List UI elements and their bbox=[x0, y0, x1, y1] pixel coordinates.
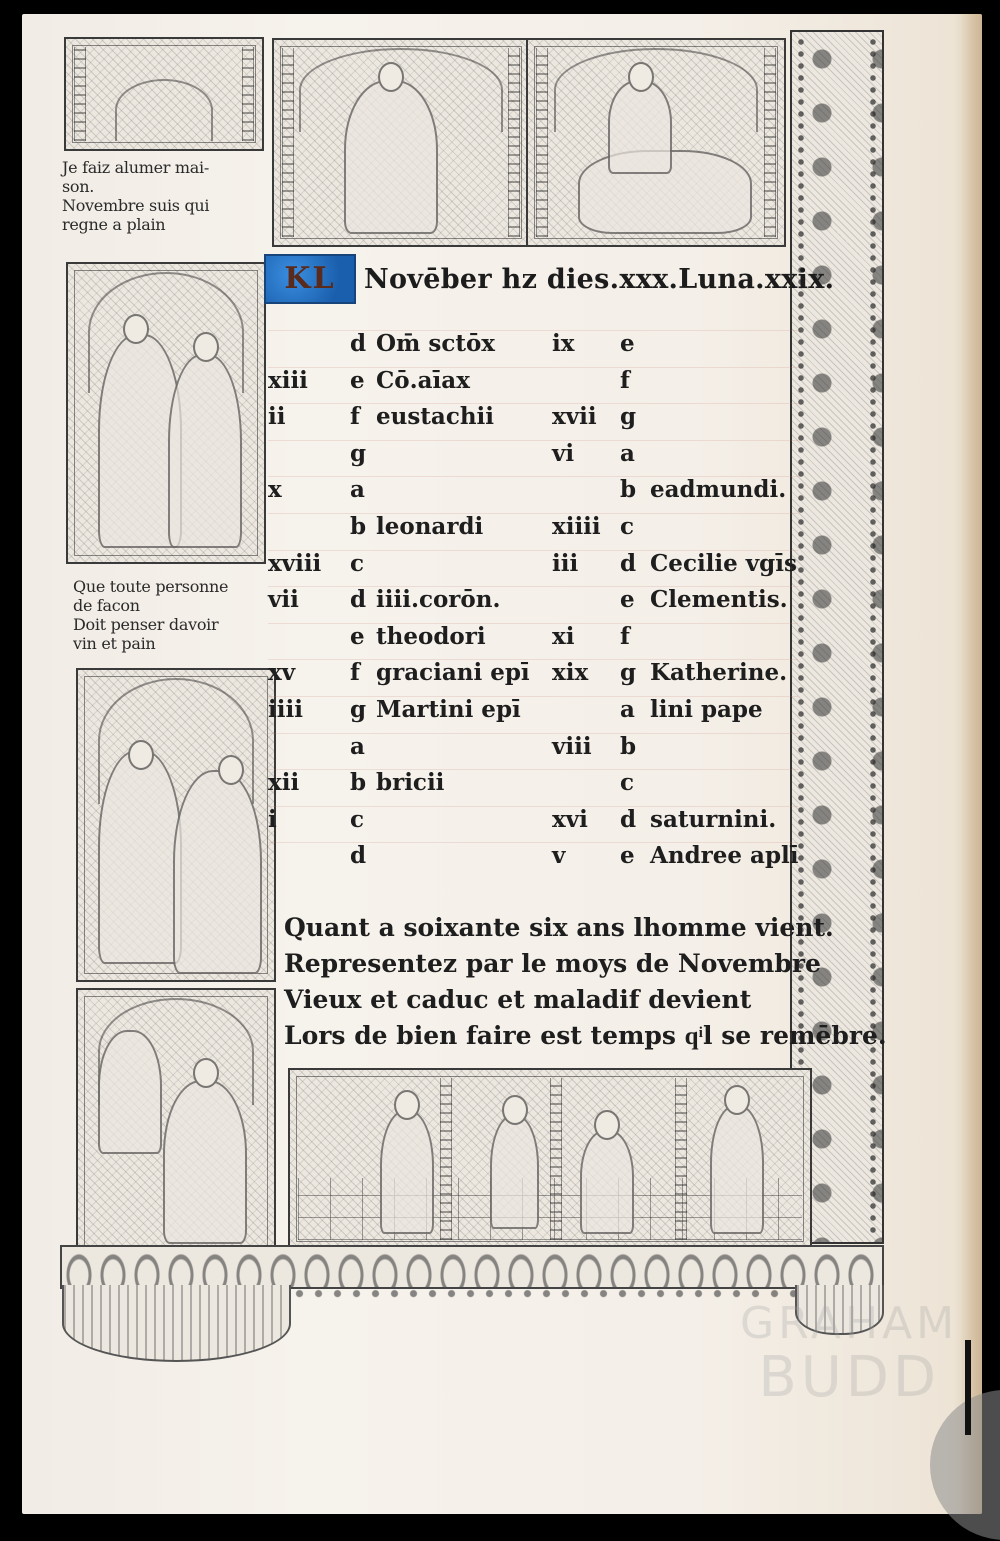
feast-name: Cō.aīax bbox=[376, 367, 470, 394]
crowd-woodcut bbox=[66, 262, 266, 564]
sagittarius-woodcut bbox=[526, 38, 786, 247]
calendar-row: x a b eadmundi. bbox=[268, 476, 798, 513]
golden-number: xiiii bbox=[552, 513, 601, 540]
caption-line: Doit penser davoir bbox=[73, 615, 283, 634]
golden-number: xii bbox=[268, 769, 299, 796]
dominical-letter: a bbox=[350, 476, 365, 503]
calendar-row: xviii c iii d Cecilie vgīs bbox=[268, 550, 798, 587]
golden-number: iii bbox=[552, 550, 578, 577]
kl-initial: KL bbox=[264, 254, 356, 304]
feast-name: Katherine. bbox=[650, 659, 787, 686]
dominical-letter: f bbox=[350, 403, 360, 430]
dominical-letter: g bbox=[350, 696, 366, 723]
dominical-letter: b bbox=[350, 769, 366, 796]
calendar-row: a viii b bbox=[268, 733, 798, 770]
feast-name: lini pape bbox=[650, 696, 763, 723]
golden-number: x bbox=[268, 476, 282, 503]
dominical-letter: c bbox=[350, 806, 364, 833]
calendar-heading: KL Novēber hz dies.xxx.Luna.xxix. bbox=[264, 254, 834, 304]
feast-name: Clementis. bbox=[650, 586, 788, 613]
calendar-row: d v e Andree aplī bbox=[268, 842, 798, 879]
golden-number: ix bbox=[552, 330, 574, 357]
calendar-row: xiii e Cō.aīax f bbox=[268, 367, 798, 404]
feast-name: Om̄ sctōx bbox=[376, 330, 495, 357]
golden-number: xix bbox=[552, 659, 588, 686]
caption-line: son. bbox=[62, 177, 267, 196]
feast-name: bricii bbox=[376, 769, 444, 796]
golden-number: xiii bbox=[268, 367, 308, 394]
fleuron-fringe bbox=[290, 1287, 795, 1309]
calendar-row: ii f eustachii xvii g bbox=[268, 403, 798, 440]
dominical-letter: d bbox=[620, 550, 636, 577]
caption-line: regne a plain bbox=[62, 215, 267, 234]
calendar-table: d Om̄ sctōx ix e xiii e Cō.aīax f ii f e… bbox=[268, 330, 798, 879]
watermark-bar bbox=[965, 1340, 971, 1435]
golden-number: ii bbox=[268, 403, 285, 430]
watermark-line: GRAHAM bbox=[740, 1300, 940, 1348]
feast-name: Andree aplī bbox=[650, 842, 799, 869]
feast-name: graciani epī bbox=[376, 659, 530, 686]
dominical-letter: b bbox=[620, 476, 636, 503]
kneeling-woman-woodcut bbox=[76, 988, 276, 1254]
golden-number: v bbox=[552, 842, 565, 869]
caption-line: Que toute personne bbox=[73, 577, 283, 596]
left-bracket-ornament bbox=[62, 1285, 291, 1362]
dominical-letter: e bbox=[620, 330, 635, 357]
verse-line: Representez par le moys de Novembre bbox=[284, 946, 887, 982]
calendar-row: d Om̄ sctōx ix e bbox=[268, 330, 798, 367]
dominical-letter: e bbox=[620, 586, 635, 613]
dominical-letter: f bbox=[350, 659, 360, 686]
caption-top-left: Je faiz alumer mai- son. Novembre suis q… bbox=[62, 158, 267, 234]
feast-name: Cecilie vgīs bbox=[650, 550, 797, 577]
dominical-letter: c bbox=[350, 550, 364, 577]
dominical-letter: d bbox=[350, 330, 366, 357]
dominical-letter: d bbox=[350, 586, 366, 613]
watermark-line: BUDD bbox=[740, 1348, 940, 1408]
verse-line: Lors de bien faire est temps qͥl se remē… bbox=[284, 1018, 887, 1054]
golden-number: xvii bbox=[552, 403, 597, 430]
tavern-scene-woodcut bbox=[288, 1068, 812, 1250]
dominical-letter: a bbox=[620, 440, 635, 467]
feast-name: eadmundi. bbox=[650, 476, 786, 503]
golden-number: xi bbox=[552, 623, 574, 650]
dominical-letter: a bbox=[620, 696, 635, 723]
dominical-letter: g bbox=[350, 440, 366, 467]
calendar-row: i c xvi d saturnini. bbox=[268, 806, 798, 843]
caption-line: vin et pain bbox=[73, 634, 283, 653]
feast-name: theodori bbox=[376, 623, 486, 650]
dominical-letter: f bbox=[620, 367, 630, 394]
calendar-row: xii b bricii c bbox=[268, 769, 798, 806]
dominical-letter: g bbox=[620, 403, 636, 430]
calendar-row: vii d iiii.corōn. e Clementis. bbox=[268, 586, 798, 623]
caption-line: Novembre suis qui bbox=[62, 196, 267, 215]
calendar-row: g vi a bbox=[268, 440, 798, 477]
golden-number: xvi bbox=[552, 806, 588, 833]
dominical-letter: c bbox=[620, 513, 634, 540]
canopy-woodcut bbox=[64, 37, 264, 151]
hunter-woodcut bbox=[272, 38, 530, 247]
calendar-row: iiii g Martini epī a lini pape bbox=[268, 696, 798, 733]
golden-number: xv bbox=[268, 659, 295, 686]
dominical-letter: b bbox=[350, 513, 366, 540]
dominical-letter: b bbox=[620, 733, 636, 760]
feast-name: iiii.corōn. bbox=[376, 586, 501, 613]
golden-number: iiii bbox=[268, 696, 303, 723]
dominical-letter: g bbox=[620, 659, 636, 686]
arcaded-border bbox=[60, 1245, 884, 1289]
november-verse: Quant a soixante six ans lhomme vient. R… bbox=[284, 910, 887, 1054]
feast-name: leonardi bbox=[376, 513, 483, 540]
caption-middle-left: Que toute personne de facon Doit penser … bbox=[73, 577, 283, 653]
caption-line: Je faiz alumer mai- bbox=[62, 158, 267, 177]
feast-name: eustachii bbox=[376, 403, 494, 430]
kneeling-pope-woodcut bbox=[76, 668, 276, 982]
golden-number: vi bbox=[552, 440, 574, 467]
dominical-letter: f bbox=[620, 623, 630, 650]
dominical-letter: d bbox=[350, 842, 366, 869]
feast-name: saturnini. bbox=[650, 806, 776, 833]
month-heading: Novēber hz dies.xxx.Luna.xxix. bbox=[364, 264, 834, 295]
calendar-row: e theodori xi f bbox=[268, 623, 798, 660]
dominical-letter: c bbox=[620, 769, 634, 796]
calendar-row: b leonardi xiiii c bbox=[268, 513, 798, 550]
deckle-edge bbox=[960, 14, 982, 1514]
foliate-border bbox=[790, 30, 884, 1244]
dominical-letter: e bbox=[350, 367, 365, 394]
golden-number: vii bbox=[268, 586, 299, 613]
golden-number: xviii bbox=[268, 550, 321, 577]
verse-line: Vieux et caduc et maladif devient bbox=[284, 982, 887, 1018]
dominical-letter: d bbox=[620, 806, 636, 833]
watermark: GRAHAM BUDD bbox=[740, 1300, 940, 1408]
dominical-letter: e bbox=[350, 623, 365, 650]
golden-number: viii bbox=[552, 733, 592, 760]
dominical-letter: e bbox=[620, 842, 635, 869]
golden-number: i bbox=[268, 806, 277, 833]
verse-line: Quant a soixante six ans lhomme vient. bbox=[284, 910, 887, 946]
dominical-letter: a bbox=[350, 733, 365, 760]
feast-name: Martini epī bbox=[376, 696, 521, 723]
caption-line: de facon bbox=[73, 596, 283, 615]
calendar-row: xv f graciani epī xix g Katherine. bbox=[268, 659, 798, 696]
